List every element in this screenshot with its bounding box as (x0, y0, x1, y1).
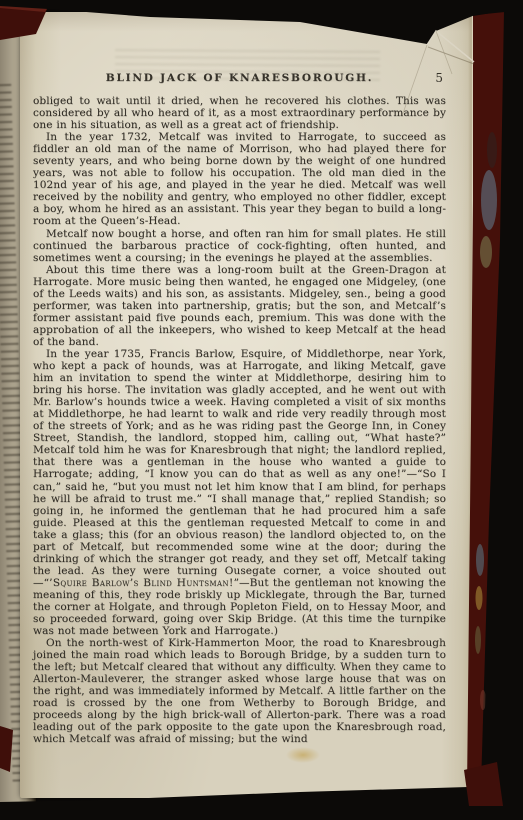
scanned-book-photo: BLIND JACK OF KNARESBOROUGH. 5 obliged t… (0, 0, 523, 820)
paragraph-5-text: In the year 1735, Francis Barlow, Esquir… (33, 348, 446, 589)
paper-stain (286, 747, 320, 763)
marble-blob (480, 236, 492, 268)
squire-barlow-shout: ’Squire Barlow’s Blind Huntsman! (49, 577, 234, 589)
paragraph-6: On the north-west of Kirk-Hammerton Moor… (33, 637, 446, 745)
page-header: BLIND JACK OF KNARESBOROUGH. 5 (33, 72, 446, 87)
paragraph-2: In the year 1732, Metcalf was invited to… (33, 131, 446, 227)
scan-background-right (480, 0, 523, 820)
marble-blob (480, 690, 486, 710)
paragraph-5: In the year 1735, Francis Barlow, Esquir… (33, 348, 446, 637)
paragraph-3: Metcalf now bought a horse, and often ra… (33, 228, 446, 264)
marble-blob (481, 170, 497, 230)
paragraph-1: obliged to wait until it dried, when he … (33, 95, 446, 131)
page-fore-edge (468, 12, 473, 798)
page-number: 5 (435, 71, 443, 85)
paragraph-4: About this time there was a long-room bu… (33, 264, 446, 348)
body-text: obliged to wait until it dried, when he … (33, 95, 446, 746)
marble-blob (476, 544, 484, 576)
marble-blob (476, 586, 483, 610)
marble-blob (487, 132, 497, 168)
running-header: BLIND JACK OF KNARESBOROUGH. (33, 72, 446, 84)
book-page: BLIND JACK OF KNARESBOROUGH. 5 obliged t… (20, 12, 473, 798)
marble-blob (475, 626, 481, 654)
